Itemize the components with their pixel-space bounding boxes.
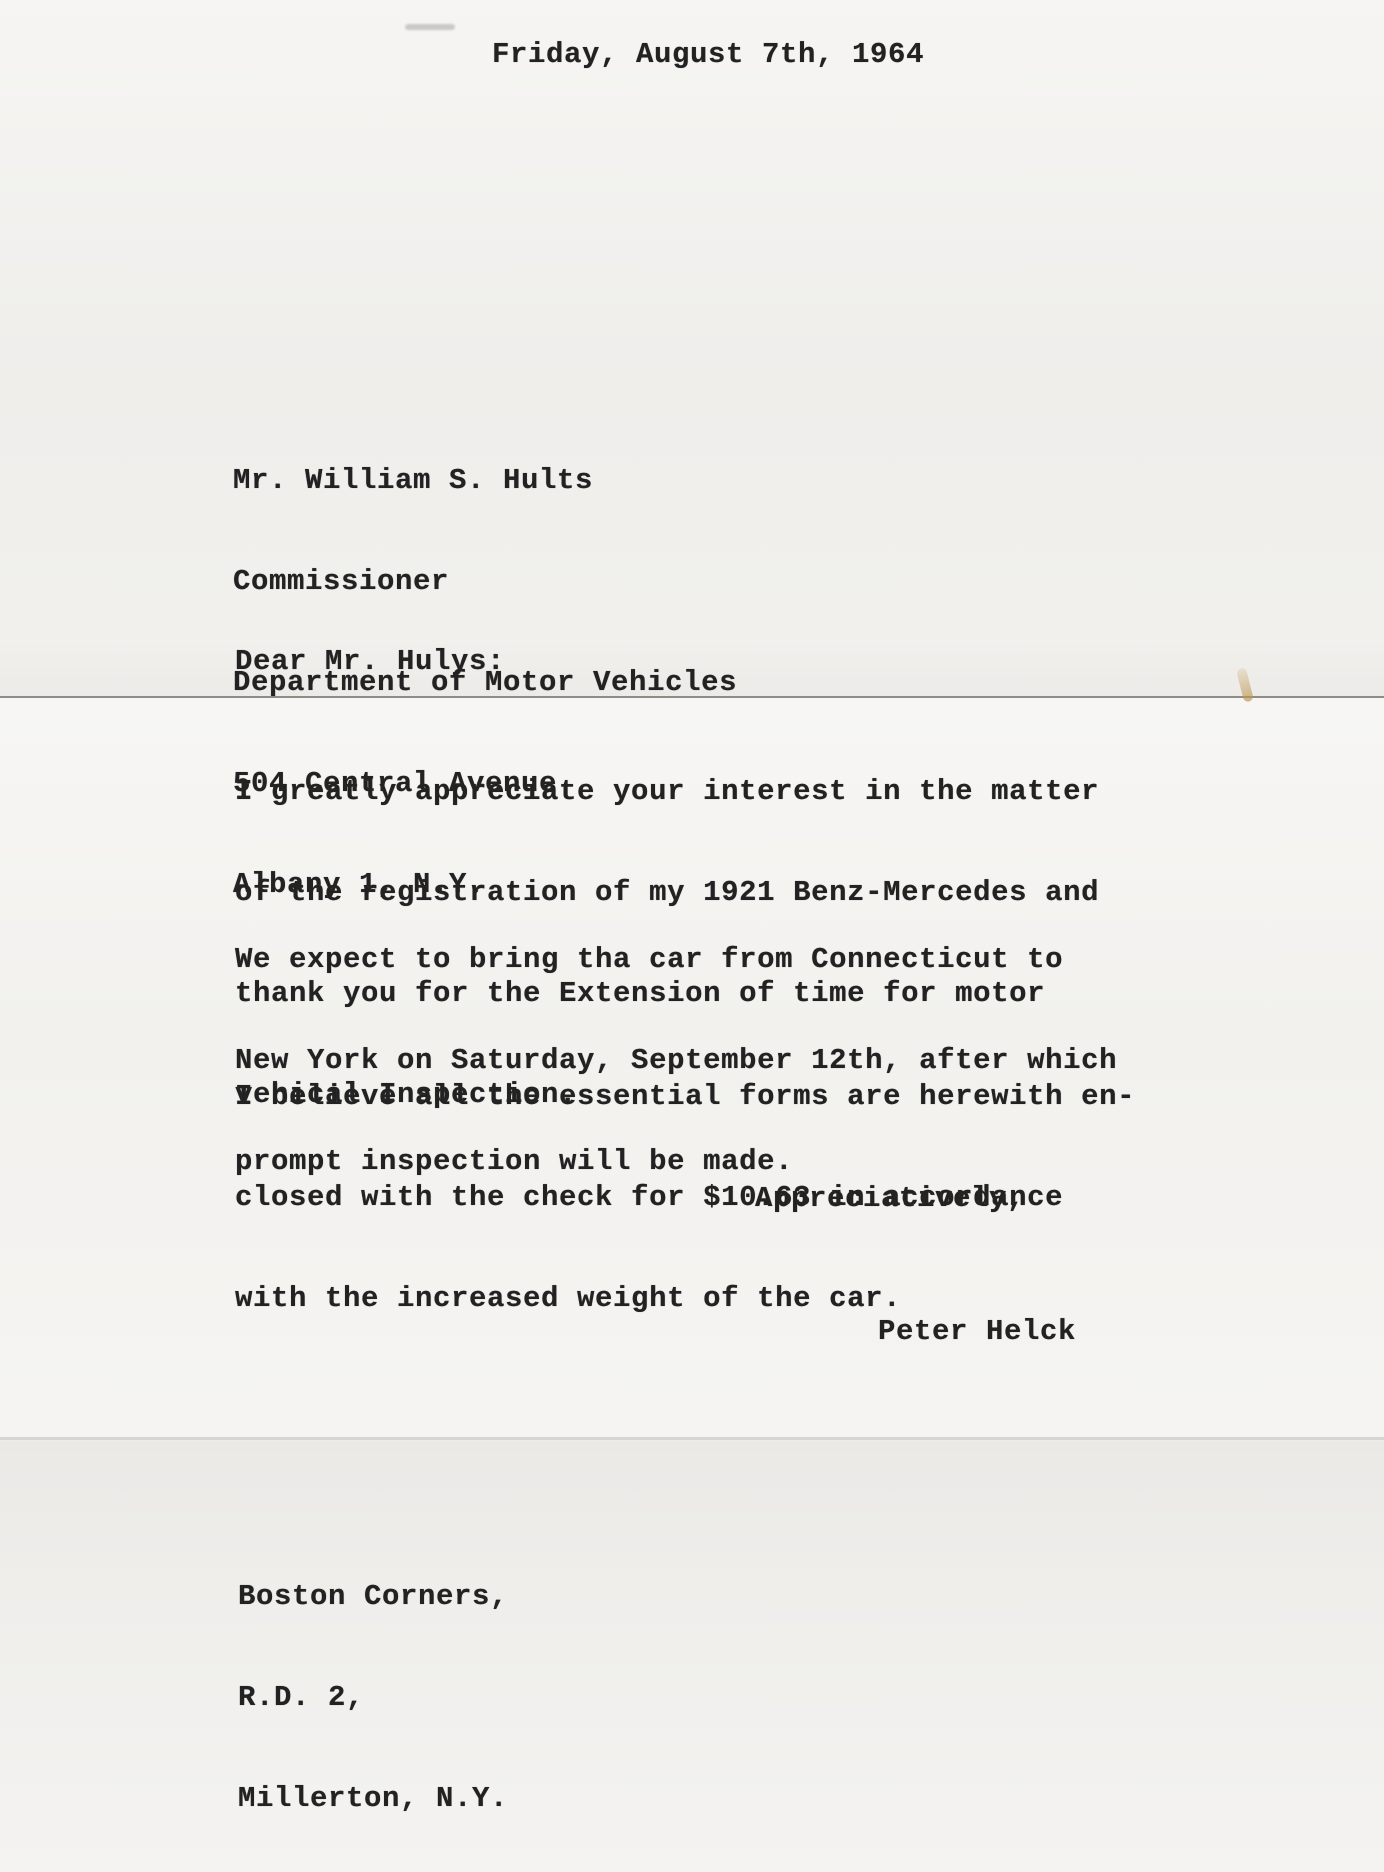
letter-date: Friday, August 7th, 1964: [492, 38, 924, 71]
paragraph-line: We expect to bring tha car from Connecti…: [235, 942, 1117, 977]
return-address-line: R.D. 2,: [238, 1680, 508, 1715]
paragraph-3: I believe all the essential forms are he…: [235, 1013, 1135, 1349]
salutation: Dear Mr. Hulys:: [235, 645, 505, 678]
paragraph-line: I greatly appreciate your interest in th…: [235, 774, 1099, 809]
paragraph-line: with the increased weight of the car.: [235, 1281, 1135, 1316]
closing: Appreciatively,: [755, 1182, 1025, 1215]
return-address: Boston Corners, R.D. 2, Millerton, N.Y.: [238, 1513, 508, 1849]
signature-name: Peter Helck: [878, 1315, 1076, 1348]
return-address-line: Millerton, N.Y.: [238, 1781, 508, 1816]
return-address-line: Boston Corners,: [238, 1579, 508, 1614]
paragraph-line: I believe all the essential forms are he…: [235, 1079, 1135, 1114]
fold-line-lower: [0, 1437, 1384, 1440]
ink-smudge: [405, 24, 455, 30]
recipient-name: Mr. William S. Hults: [233, 463, 737, 498]
recipient-title: Commissioner: [233, 564, 737, 599]
